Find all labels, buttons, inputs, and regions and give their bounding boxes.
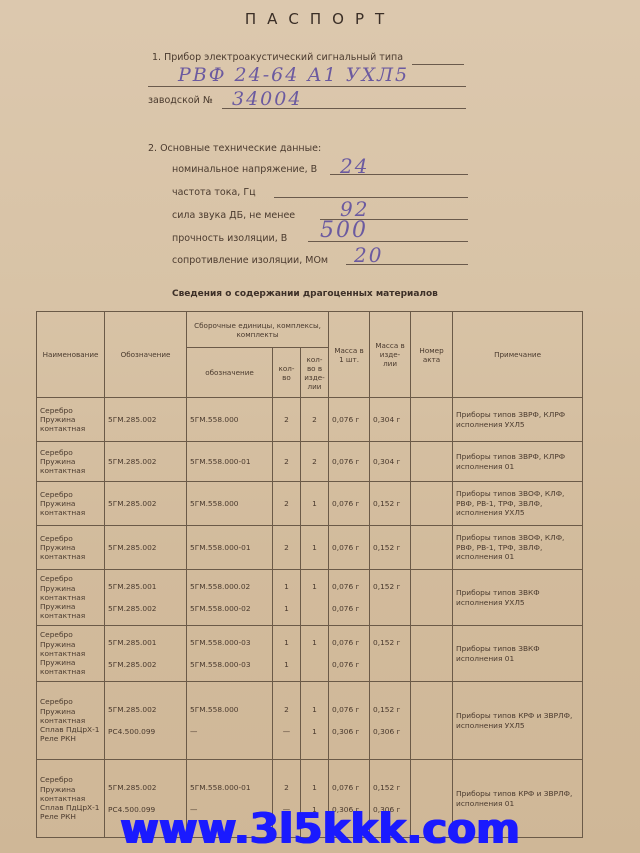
cell-mass-product-line: 0,306 г xyxy=(373,721,407,743)
cell-name: Серебро Пружина контактная Пружина конта… xyxy=(37,570,105,626)
cell-qty-in-product-line: 2 xyxy=(304,451,325,473)
cell-name: Серебро Пружина контактная xyxy=(37,526,105,570)
cell-note: Приборы типов ЗВКФ исполнения УХЛ5 xyxy=(453,570,583,626)
cell-mass-product-line: 0,304 г xyxy=(373,409,407,431)
device-type-underline xyxy=(148,86,466,87)
cell-mass-one-line: 0,306 г xyxy=(332,721,366,743)
cell-mass-product-line xyxy=(373,654,407,676)
serial-value: 34004 xyxy=(232,88,302,110)
cell-mass-one-line: 0,076 г xyxy=(332,777,366,799)
cell-act xyxy=(411,442,453,482)
cell-mass-product: 0,152 г xyxy=(370,482,411,526)
cell-designation-line: 5ГМ.285.002 xyxy=(108,699,183,721)
watermark: www.3l5kkk.com xyxy=(0,806,640,852)
cell-designation-line: 5ГМ.285.002 xyxy=(108,654,183,676)
cell-qty: 2— xyxy=(273,682,301,760)
table-row: Серебро Пружина контактная5ГМ.285.0025ГМ… xyxy=(37,442,583,482)
cell-assembly: 5ГМ.558.000-01 xyxy=(187,526,273,570)
cell-mass-product-line: 0,152 г xyxy=(373,493,407,515)
cell-qty-line: 2 xyxy=(276,409,297,431)
cell-qty: 11 xyxy=(273,626,301,682)
cell-qty: 2 xyxy=(273,398,301,442)
cell-designation: 5ГМ.285.0015ГМ.285.002 xyxy=(105,626,187,682)
cell-designation-line: 5ГМ.285.002 xyxy=(108,537,183,559)
header-mass-product: Масса в изде-лии xyxy=(370,312,411,398)
cell-mass-one-line: 0,076 г xyxy=(332,409,366,431)
cell-assembly-line: 5ГМ.558.000 xyxy=(190,409,269,431)
cell-assembly-line: 5ГМ.558.000-02 xyxy=(190,598,269,620)
cell-qty-in-product-line: 1 xyxy=(304,721,325,743)
header-assembly-designation: обозначение xyxy=(187,348,273,398)
cell-name: Серебро Пружина контактная Пружина конта… xyxy=(37,626,105,682)
cell-assembly-line: 5ГМ.558.000-03 xyxy=(190,654,269,676)
cell-mass-product: 0,304 г xyxy=(370,398,411,442)
item1-underline xyxy=(412,64,464,65)
cell-act xyxy=(411,482,453,526)
cell-qty-in-product-line: 1 xyxy=(304,576,325,598)
spec-frequency-underline xyxy=(274,197,468,198)
cell-qty-line: 1 xyxy=(276,576,297,598)
cell-qty-in-product: 11 xyxy=(301,682,329,760)
cell-assembly-line: 5ГМ.558.000-01 xyxy=(190,451,269,473)
header-mass-one: Масса в 1 шт. xyxy=(329,312,370,398)
cell-assembly: 5ГМ.558.000-035ГМ.558.000-03 xyxy=(187,626,273,682)
cell-name: Серебро Пружина контактная xyxy=(37,398,105,442)
table-row: Серебро Пружина контактная Пружина конта… xyxy=(37,626,583,682)
table-row: Серебро Пружина контактная5ГМ.285.0025ГМ… xyxy=(37,526,583,570)
cell-mass-one: 0,076 г xyxy=(329,526,370,570)
cell-assembly-line: — xyxy=(190,721,269,743)
spec-insulation-resistance-underline xyxy=(346,264,468,265)
cell-assembly: 5ГМ.558.000 xyxy=(187,482,273,526)
cell-qty-line: 2 xyxy=(276,451,297,473)
cell-mass-product: 0,152 г xyxy=(370,626,411,682)
cell-qty-line: 1 xyxy=(276,654,297,676)
cell-mass-one: 0,076 г xyxy=(329,442,370,482)
cell-designation: 5ГМ.285.002РС4.500.099 xyxy=(105,682,187,760)
cell-qty-in-product-line: 1 xyxy=(304,537,325,559)
header-act-number: Номер акта xyxy=(411,312,453,398)
cell-note: Приборы типов ЗВКФ исполнения 01 xyxy=(453,626,583,682)
cell-mass-one-line: 0,076 г xyxy=(332,632,366,654)
cell-qty-line: — xyxy=(276,721,297,743)
spec-voltage-underline xyxy=(330,174,468,175)
cell-mass-product: 0,304 г xyxy=(370,442,411,482)
cell-designation: 5ГМ.285.0015ГМ.285.002 xyxy=(105,570,187,626)
cell-name: Серебро Пружина контактная xyxy=(37,442,105,482)
cell-designation-line: 5ГМ.285.002 xyxy=(108,493,183,515)
cell-mass-product-line: 0,152 г xyxy=(373,699,407,721)
item1-label: 1. Прибор электроакустический сигнальный… xyxy=(152,52,403,63)
cell-assembly: 5ГМ.558.000.025ГМ.558.000-02 xyxy=(187,570,273,626)
cell-designation: 5ГМ.285.002 xyxy=(105,482,187,526)
cell-mass-one: 0,076 г xyxy=(329,482,370,526)
cell-qty-in-product-line xyxy=(304,598,325,620)
header-designation: Обозначение xyxy=(105,312,187,398)
cell-mass-one: 0,076 г0,076 г xyxy=(329,626,370,682)
cell-mass-product: 0,152 г xyxy=(370,570,411,626)
cell-note: Приборы типов ЗВРФ, КЛРФ исполнения 01 xyxy=(453,442,583,482)
cell-assembly: 5ГМ.558.000 xyxy=(187,398,273,442)
cell-assembly-line: 5ГМ.558.000 xyxy=(190,699,269,721)
header-qty: кол-во xyxy=(273,348,301,398)
cell-assembly-line: 5ГМ.558.000-01 xyxy=(190,777,269,799)
cell-assembly: 5ГМ.558.000— xyxy=(187,682,273,760)
table-row: Серебро Пружина контактная5ГМ.285.0025ГМ… xyxy=(37,398,583,442)
cell-qty-in-product-line: 1 xyxy=(304,493,325,515)
cell-mass-product-line: 0,152 г xyxy=(373,632,407,654)
cell-qty-line: 2 xyxy=(276,777,297,799)
cell-act xyxy=(411,626,453,682)
page-title: ПАСПОРТ xyxy=(0,10,640,28)
cell-designation: 5ГМ.285.002 xyxy=(105,398,187,442)
cell-mass-one-line: 0,076 г xyxy=(332,576,366,598)
serial-underline xyxy=(222,108,466,109)
cell-qty-in-product-line: 1 xyxy=(304,777,325,799)
cell-mass-one-line: 0,076 г xyxy=(332,654,366,676)
device-type-value: РВФ 24-64 А1 УХЛ5 xyxy=(178,64,409,86)
table-row: Серебро Пружина контактная Пружина конта… xyxy=(37,570,583,626)
cell-act xyxy=(411,526,453,570)
cell-qty: 2 xyxy=(273,442,301,482)
cell-mass-one-line: 0,076 г xyxy=(332,598,366,620)
cell-mass-one-line: 0,076 г xyxy=(332,451,366,473)
spec-insulation-resistance-label: сопротивление изоляции, МОм xyxy=(172,255,328,266)
cell-mass-one: 0,076 г xyxy=(329,398,370,442)
spec-voltage-label: номинальное напряжение, В xyxy=(172,164,317,175)
cell-act xyxy=(411,682,453,760)
cell-assembly-line: 5ГМ.558.000-03 xyxy=(190,632,269,654)
cell-qty-line: 2 xyxy=(276,537,297,559)
cell-designation-line: 5ГМ.285.002 xyxy=(108,777,183,799)
cell-mass-one-line: 0,076 г xyxy=(332,493,366,515)
cell-qty-line: 1 xyxy=(276,632,297,654)
cell-qty: 2 xyxy=(273,482,301,526)
cell-mass-product: 0,152 г0,306 г xyxy=(370,682,411,760)
cell-qty-in-product: 1 xyxy=(301,570,329,626)
cell-mass-one: 0,076 г0,306 г xyxy=(329,682,370,760)
precious-materials-heading: Сведения о содержании драгоценных матери… xyxy=(172,289,438,299)
spec-insulation-strength-label: прочность изоляции, В xyxy=(172,233,287,244)
cell-qty-line: 2 xyxy=(276,699,297,721)
cell-qty-in-product: 2 xyxy=(301,398,329,442)
cell-mass-product: 0,152 г xyxy=(370,526,411,570)
cell-designation: 5ГМ.285.002 xyxy=(105,526,187,570)
cell-qty: 2 xyxy=(273,526,301,570)
cell-qty-in-product: 1 xyxy=(301,482,329,526)
cell-qty-in-product: 1 xyxy=(301,526,329,570)
cell-qty: 11 xyxy=(273,570,301,626)
cell-assembly-line: 5ГМ.558.000-01 xyxy=(190,537,269,559)
cell-assembly-line: 5ГМ.558.000.02 xyxy=(190,576,269,598)
table-row: Серебро Пружина контактная Сплав ПдЦрХ-1… xyxy=(37,682,583,760)
header-note: Примечание xyxy=(453,312,583,398)
cell-mass-product-line: 0,152 г xyxy=(373,537,407,559)
header-qty-in-product: кол-во в изде-лии xyxy=(301,348,329,398)
cell-qty-line: 2 xyxy=(276,493,297,515)
header-assembly-group: Сборочные единицы, комплексы, комплекты xyxy=(187,312,329,348)
spec-frequency-label: частота тока, Гц xyxy=(172,187,256,198)
cell-designation-line: 5ГМ.285.001 xyxy=(108,632,183,654)
cell-designation-line: 5ГМ.285.002 xyxy=(108,598,183,620)
table-row: Серебро Пружина контактная5ГМ.285.0025ГМ… xyxy=(37,482,583,526)
cell-mass-one: 0,076 г0,076 г xyxy=(329,570,370,626)
cell-note: Приборы типов ЗВОФ, КЛФ, РВФ, РВ-1, ТРФ,… xyxy=(453,526,583,570)
cell-note: Приборы типов ЗВРФ, КЛРФ исполнения УХЛ5 xyxy=(453,398,583,442)
cell-designation-line: 5ГМ.285.001 xyxy=(108,576,183,598)
header-name: Наименование xyxy=(37,312,105,398)
cell-mass-one-line: 0,076 г xyxy=(332,537,366,559)
cell-qty-in-product: 1 xyxy=(301,626,329,682)
cell-qty-in-product-line xyxy=(304,654,325,676)
cell-designation: 5ГМ.285.002 xyxy=(105,442,187,482)
cell-mass-product-line xyxy=(373,598,407,620)
cell-qty-line: 1 xyxy=(276,598,297,620)
cell-mass-product-line: 0,304 г xyxy=(373,451,407,473)
passport-page: ПАСПОРТ 1. Прибор электроакустический си… xyxy=(0,0,640,853)
cell-mass-one-line: 0,076 г xyxy=(332,699,366,721)
cell-mass-product-line: 0,152 г xyxy=(373,777,407,799)
cell-act xyxy=(411,398,453,442)
spec-sound-label: сила звука ДБ, не менее xyxy=(172,210,295,221)
cell-designation-line: РС4.500.099 xyxy=(108,721,183,743)
spec-insulation-strength-underline xyxy=(308,241,468,242)
cell-act xyxy=(411,570,453,626)
item2-label: 2. Основные технические данные: xyxy=(148,143,321,154)
cell-assembly: 5ГМ.558.000-01 xyxy=(187,442,273,482)
cell-note: Приборы типов ЗВОФ, КЛФ, РВФ, РВ-1, ТРФ,… xyxy=(453,482,583,526)
cell-designation-line: 5ГМ.285.002 xyxy=(108,409,183,431)
cell-qty-in-product-line: 1 xyxy=(304,699,325,721)
cell-name: Серебро Пружина контактная Сплав ПдЦрХ-1… xyxy=(37,682,105,760)
precious-materials-table: Наименование Обозначение Сборочные едини… xyxy=(36,311,583,838)
cell-mass-product-line: 0,152 г xyxy=(373,576,407,598)
cell-note: Приборы типов КРФ и ЗВРЛФ, исполнения УХ… xyxy=(453,682,583,760)
cell-assembly-line: 5ГМ.558.000 xyxy=(190,493,269,515)
cell-qty-in-product: 2 xyxy=(301,442,329,482)
cell-designation-line: 5ГМ.285.002 xyxy=(108,451,183,473)
serial-label: заводской № xyxy=(148,95,213,106)
spec-insulation-strength-value: 500 xyxy=(320,218,368,243)
cell-qty-in-product-line: 1 xyxy=(304,632,325,654)
cell-qty-in-product-line: 2 xyxy=(304,409,325,431)
cell-name: Серебро Пружина контактная xyxy=(37,482,105,526)
